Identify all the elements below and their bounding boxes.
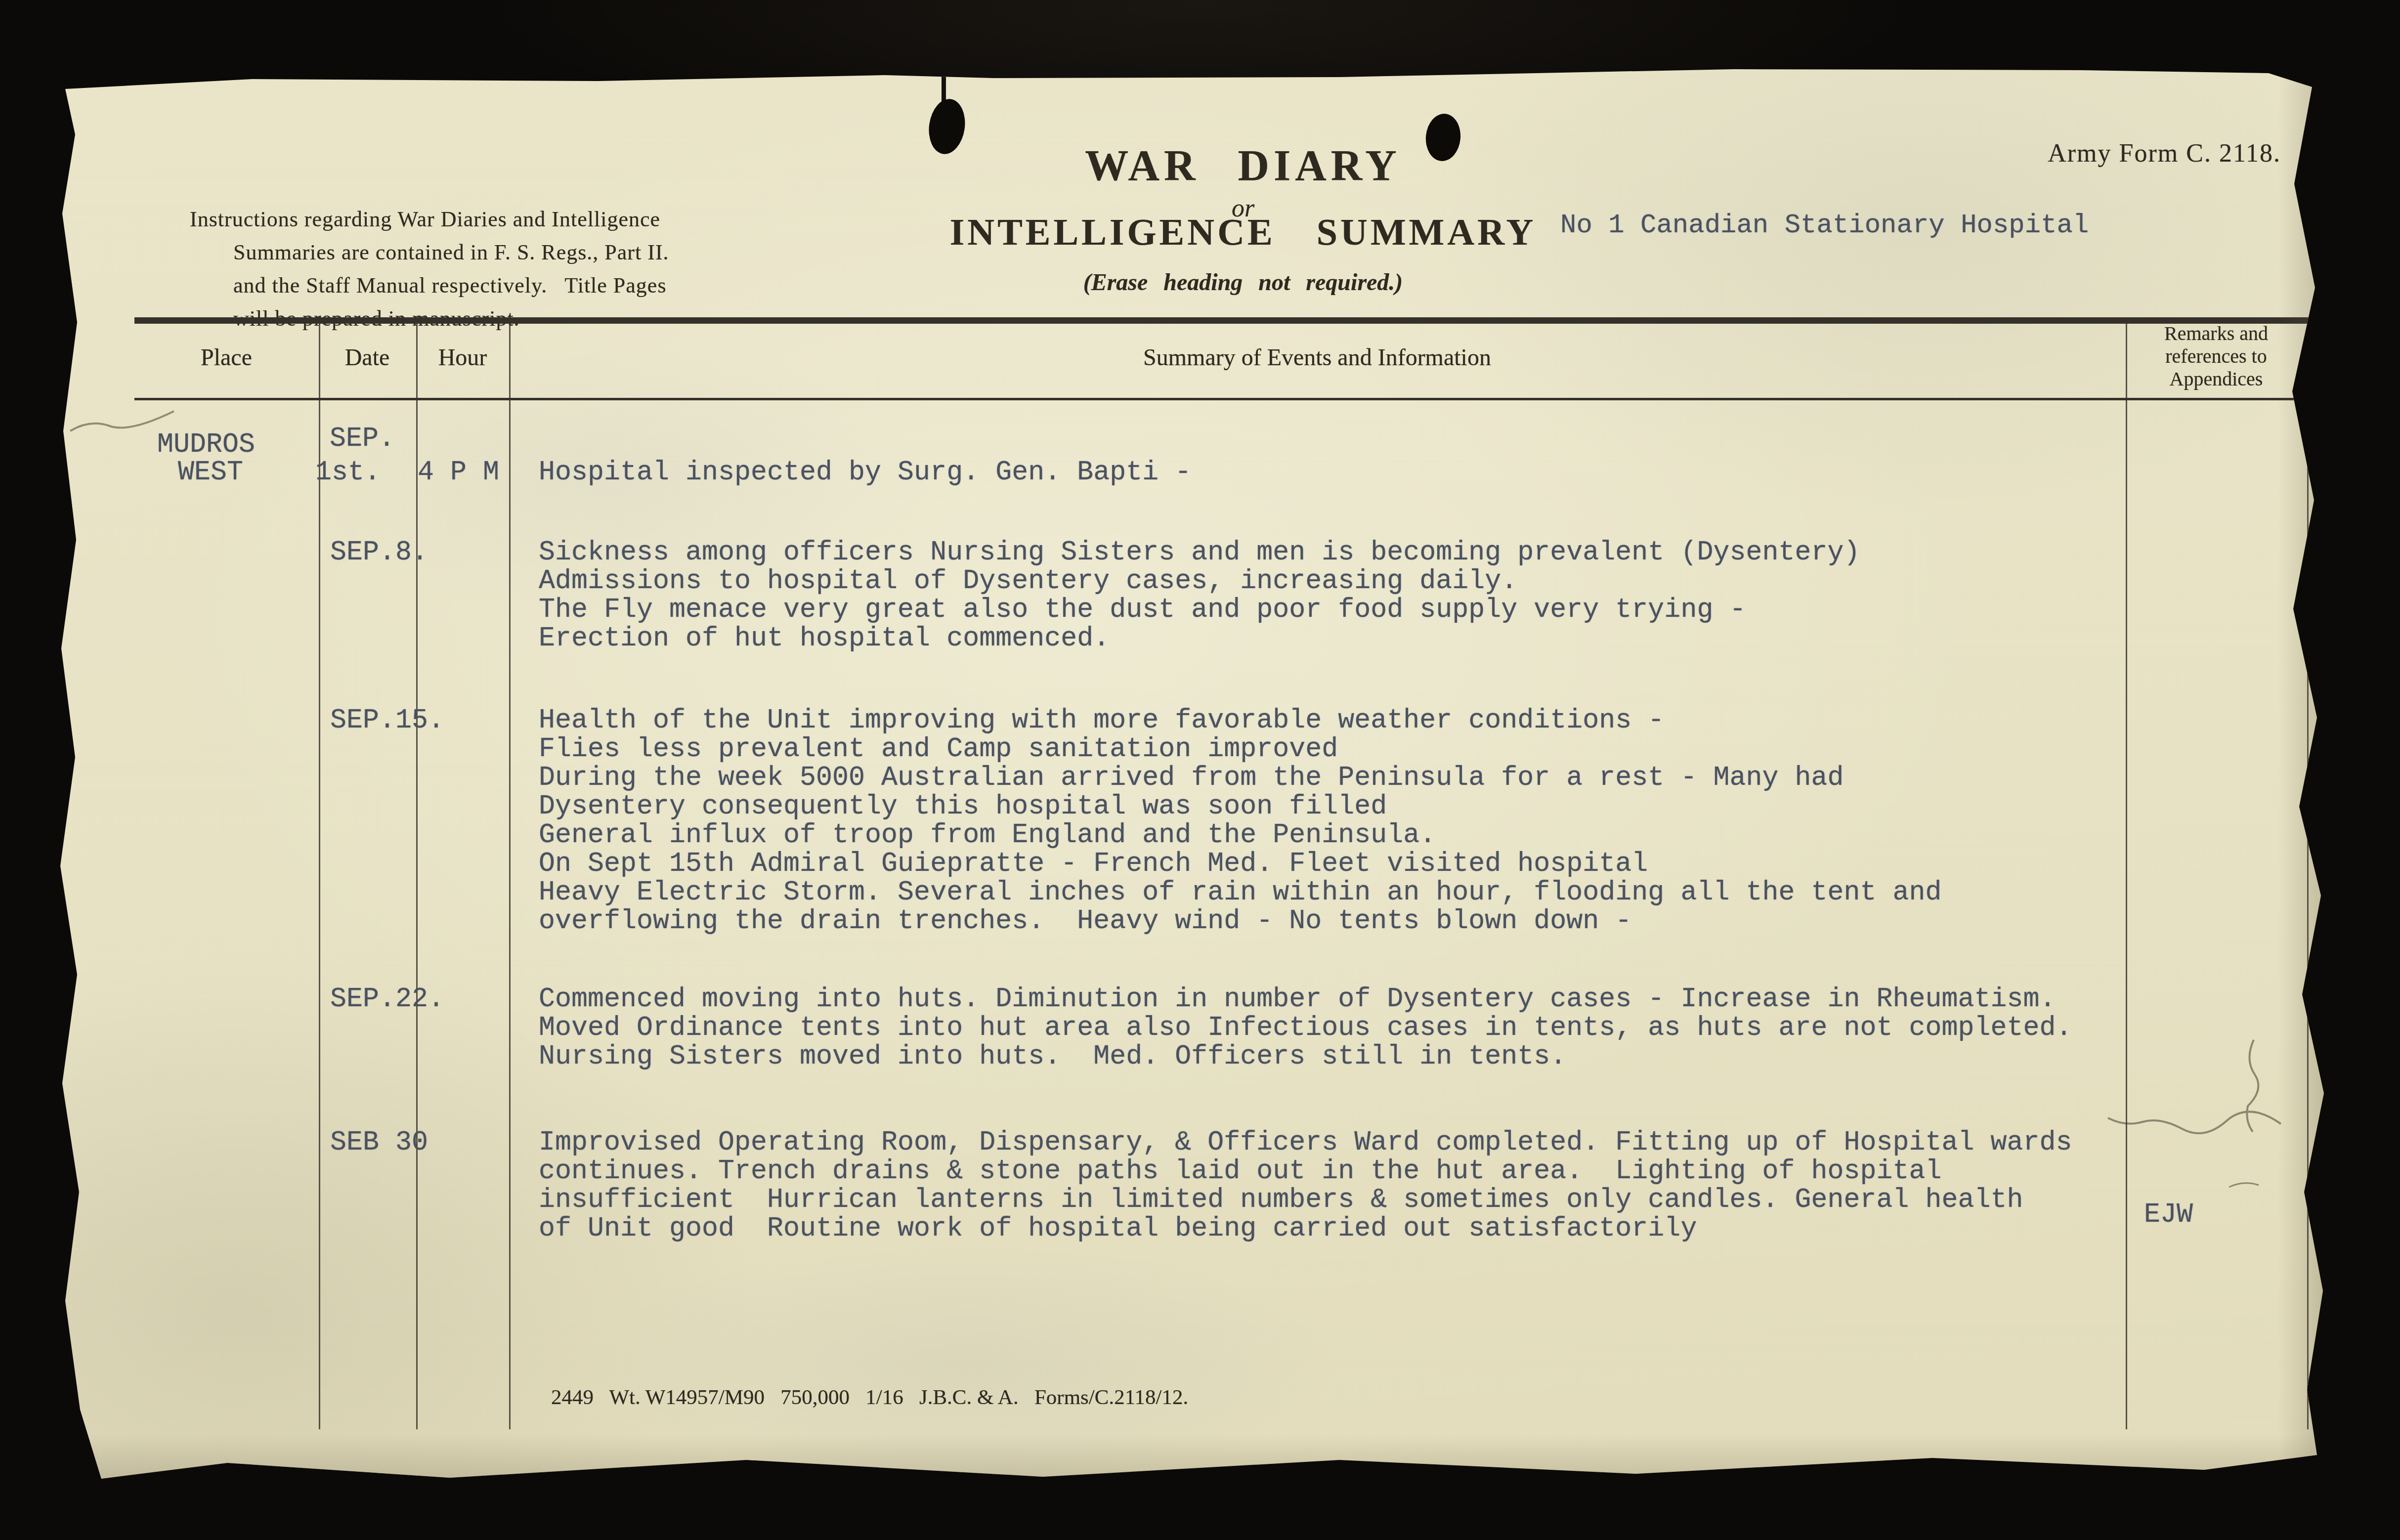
entry-summary-line: Admissions to hospital of Dysentery case…: [539, 567, 1517, 595]
table-header-rule: [134, 398, 2309, 400]
entry-summary-line: During the week 5000 Australian arrived …: [539, 764, 1843, 791]
entry-summary-line: Health of the Unit improving with more f…: [539, 707, 1664, 734]
form-subtitle: INTELLIGENCE SUMMARY: [950, 214, 1537, 251]
army-form-number: Army Form C. 2118.: [2009, 141, 2281, 167]
column-header-place: Place: [201, 346, 252, 370]
column-header-summary: Summary of Events and Information: [1143, 346, 1491, 370]
entry-summary-line: Sickness among officers Nursing Sisters …: [539, 539, 1860, 566]
entry-summary-line: insufficient Hurrican lanterns in limite…: [539, 1186, 2023, 1213]
entry-remark-initials: EJW: [2144, 1201, 2193, 1228]
punch-hole-right-icon: [1424, 112, 1462, 163]
instructions-line: Instructions regarding War Diaries and I…: [190, 209, 660, 230]
punch-hole-left-icon: [926, 97, 969, 157]
entry-summary-line: The Fly menace very great also the dust …: [539, 596, 1746, 623]
bottom-edge-shadow: [54, 1434, 2333, 1479]
entry-summary-line: Heavy Electric Storm. Several inches of …: [539, 879, 1941, 906]
entry-summary-line: continues. Trench drains & stone paths l…: [539, 1157, 1941, 1185]
entry-date: SEP.22.: [330, 985, 444, 1013]
form-title: WAR DIARY: [1085, 144, 1401, 188]
column-divider-hour-summary: [509, 317, 511, 1429]
instructions-line: and the Staff Manual respectively. Title…: [233, 275, 667, 297]
paper-crack: [69, 401, 178, 446]
entry-summary-line: Moved Ordinance tents into hut area also…: [539, 1014, 2072, 1041]
instructions-line: Summaries are contained in F. S. Regs., …: [233, 242, 669, 263]
entry-summary-line: Hospital inspected by Surg. Gen. Bapti -: [539, 459, 1191, 486]
column-header-remarks: Remarks and: [2164, 324, 2268, 343]
entry-date: 1st.: [315, 459, 381, 486]
unit-name: No 1 Canadian Stationary Hospital: [1560, 213, 2089, 239]
entry-hour: 4 P M: [418, 459, 499, 486]
erase-heading-note: (Erase heading not required.): [1083, 271, 1403, 295]
entry-summary-line: Dysentery consequently this hospital was…: [539, 793, 1387, 820]
entry-summary-line: overflowing the drain trenches. Heavy wi…: [539, 907, 1631, 935]
column-header-date: Date: [345, 346, 390, 370]
entry-summary-line: of Unit good Routine work of hospital be…: [539, 1215, 1697, 1242]
scan-background: Army Form C. 2118. Instructions regardin…: [0, 0, 2400, 1540]
entry-date: SEP.8.: [330, 539, 428, 566]
entry-summary-line: General influx of troop from England and…: [539, 821, 1436, 849]
entry-summary-line: On Sept 15th Admiral Guiepratte - French…: [539, 850, 1648, 877]
entry-date: SEB 30: [330, 1129, 428, 1156]
entry-summary-line: Improvised Operating Room, Dispensary, &…: [539, 1129, 2072, 1156]
entry-summary-line: Commenced moving into huts. Diminution i…: [539, 985, 2056, 1013]
entry-date: SEP.15.: [330, 707, 444, 734]
entry-summary-line: Erection of hut hospital commenced.: [539, 625, 1110, 652]
entry-summary-line: Flies less prevalent and Camp sanitation…: [539, 735, 1338, 763]
entry-place: WEST: [178, 459, 243, 486]
right-edge-shadow: [2269, 55, 2333, 1479]
column-header-hour: Hour: [438, 346, 487, 370]
column-header-remarks: Appendices: [2170, 369, 2263, 389]
paper-sheet: Army Form C. 2118. Instructions regardin…: [54, 55, 2333, 1479]
column-divider-summary-remarks: [2126, 317, 2127, 1429]
entry-date: SEP.: [330, 425, 395, 452]
entry-summary-line: Nursing Sisters moved into huts. Med. Of…: [539, 1043, 1566, 1070]
table-top-rule: [134, 317, 2309, 324]
column-header-remarks: references to: [2165, 346, 2267, 366]
printer-imprint: 2449 Wt. W14957/M90 750,000 1/16 J.B.C. …: [551, 1387, 1188, 1408]
